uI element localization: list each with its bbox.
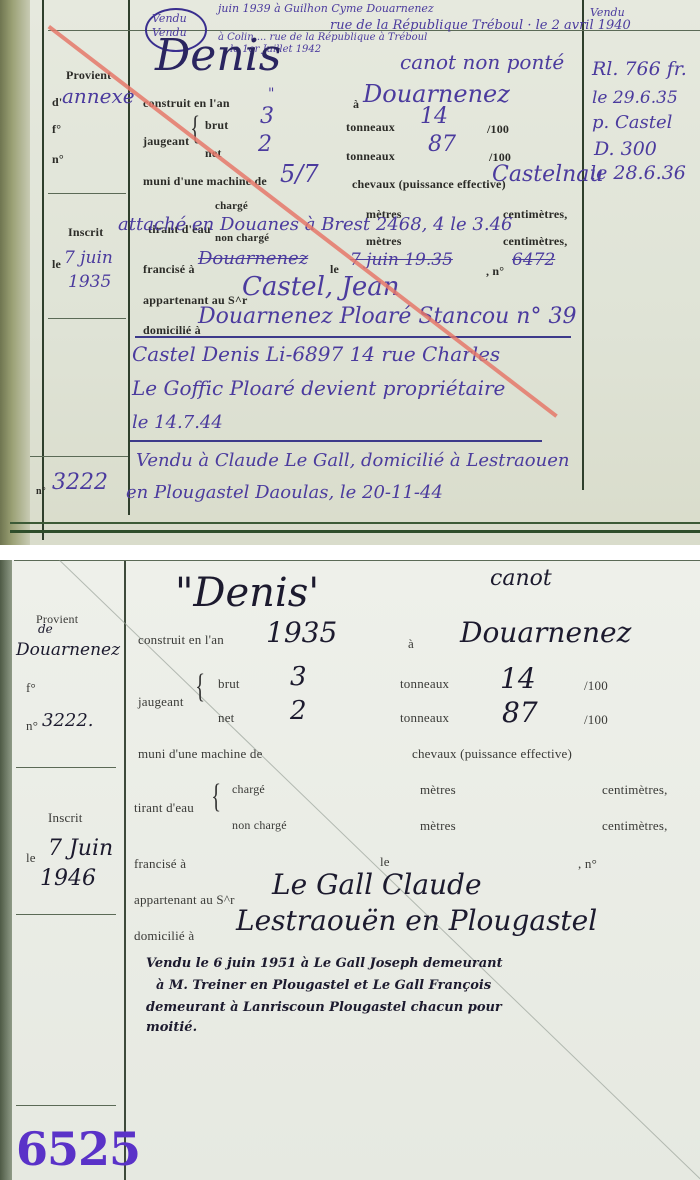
centimetres-label: centimètres, <box>602 818 668 834</box>
section-rule <box>130 440 542 442</box>
machine-maker: Castelnau <box>492 162 604 187</box>
registry-sheet-top: Vendu Vendu juin 1939 à Guilhon Cyme Dou… <box>0 0 700 545</box>
provient-value: Douarnenez <box>16 640 120 660</box>
margin-header-note: Vendu <box>590 6 625 19</box>
brut-value: 3 <box>260 104 274 129</box>
machine-label: muni d'une machine de <box>138 746 263 762</box>
sale-note-line: Vendu à Claude Le Gall, domicilié à Lest… <box>136 450 569 471</box>
section-rule <box>135 336 571 338</box>
inscrit-year: 1935 <box>68 272 111 292</box>
chevaux-label: chevaux (puissance effective) <box>352 177 506 192</box>
inscrit-label: Inscrit <box>68 225 103 240</box>
a-label: à <box>408 636 414 652</box>
folio-label: f° <box>26 680 36 696</box>
jaugeant-label: jaugeant <box>138 694 184 710</box>
number-value: 3222. <box>42 710 94 731</box>
boat-type: canot <box>490 566 552 591</box>
brut-value: 3 <box>290 662 307 692</box>
brut-label: brut <box>218 676 240 692</box>
machine-value: 5/7 <box>280 160 319 188</box>
centimetres-label: centimètres, <box>503 207 567 222</box>
column-divider <box>124 560 126 1180</box>
tonneaux-label: tonneaux <box>400 676 449 692</box>
jaugeant-label: jaugeant <box>143 134 189 149</box>
metres-label: mètres <box>420 782 456 798</box>
chevaux-label: chevaux (puissance effective) <box>412 746 572 762</box>
bottom-number: 3222 <box>52 470 108 495</box>
provient-prefix: d' <box>52 95 62 110</box>
domicile-label: domicilié à <box>134 928 194 944</box>
centimetres-label: centimètres, <box>503 234 567 249</box>
tonneaux-label: tonneaux <box>346 149 395 164</box>
note-line: Castel Denis Li-6897 14 rue Charles <box>132 342 500 366</box>
sale-note-line: en Plougastel Daoulas, le 20-11-44 <box>126 482 443 503</box>
no-label: , n° <box>578 856 597 872</box>
domicile: Douarnenez Ploaré Stancou n° 39 <box>198 304 576 329</box>
boat-name: Denis <box>155 30 281 81</box>
construit-value: 1935 <box>266 616 337 649</box>
margin-divider <box>582 0 584 490</box>
bottom-number-label: n° <box>36 486 46 497</box>
row-rule <box>30 456 128 457</box>
francise-label: francisé à <box>143 262 195 277</box>
inscrit-label: Inscrit <box>48 810 83 826</box>
brut-tonneaux-value: 14 <box>420 104 448 129</box>
brut-tonneaux-value: 14 <box>500 662 536 695</box>
metres-label: mètres <box>420 818 456 834</box>
column-divider <box>128 0 130 515</box>
row-rule <box>48 318 126 319</box>
note-line: moitié. <box>146 1020 197 1035</box>
number-label: n° <box>52 152 64 167</box>
le-label: le <box>52 257 61 272</box>
inscrit-date: 7 juin <box>64 248 113 268</box>
note-line: le 14.7.44 <box>132 412 223 433</box>
tirant-label: tirant d'eau <box>134 800 194 816</box>
brut-label: brut <box>205 118 228 133</box>
charge-label: chargé <box>215 200 248 212</box>
per100-label: /100 <box>584 678 608 694</box>
net-tonneaux-value: 87 <box>428 132 456 157</box>
le-label: le <box>26 850 36 866</box>
note-line: demeurant à Lanriscoun Plougastel chacun… <box>146 1000 502 1015</box>
brace: { <box>195 670 205 704</box>
net-value: 2 <box>258 132 272 157</box>
row-rule <box>16 767 116 768</box>
construit-place: Douarnenez <box>460 616 631 649</box>
inscrit-year: 1946 <box>40 866 96 891</box>
page-edge <box>0 0 30 545</box>
row-rule <box>16 914 116 915</box>
boat-type: canot non ponté <box>400 50 564 74</box>
centimetres-label: centimètres, <box>602 782 668 798</box>
tonneaux-label: tonneaux <box>400 710 449 726</box>
francise-number: 6472 <box>512 250 555 270</box>
registry-sheet-bottom: "Denis' canot Provient de Douarnenez f° … <box>0 560 700 1180</box>
non-charge-label: non chargé <box>232 818 287 833</box>
charge-label: chargé <box>232 782 265 797</box>
metres-label: mètres <box>366 234 402 249</box>
top-rule <box>14 560 700 561</box>
provient-value: annexe <box>62 84 135 108</box>
appartenant-label: appartenant au S^r <box>134 892 235 908</box>
number-label: n° <box>26 718 38 734</box>
row-rule <box>16 1105 116 1106</box>
per100-label: /100 <box>487 122 509 137</box>
brace: { <box>211 780 221 814</box>
inscrit-date: 7 Juin <box>48 836 113 861</box>
margin-note: Rl. 766 fr. <box>592 58 687 80</box>
note-line: Vendu le 6 juin 1951 à Le Gall Joseph de… <box>146 956 503 971</box>
no-label: , n° <box>486 264 504 279</box>
frame-border <box>10 522 700 533</box>
domicile: Lestraouën en Plougastel <box>236 904 597 937</box>
page-edge <box>0 560 12 1180</box>
note-line: à M. Treiner en Plougastel et Le Gall Fr… <box>156 978 491 993</box>
header-annotation: rue de la République Tréboul · le 2 avri… <box>330 18 631 33</box>
owner: Le Gall Claude <box>272 868 482 901</box>
margin-note: p. Castel <box>592 112 672 133</box>
stamp-text: Vendu <box>152 12 187 25</box>
folio-label: f° <box>52 122 61 137</box>
margin-note: D. 300 <box>594 138 657 160</box>
note-line: Le Goffic Ploaré devient propriétaire <box>132 376 505 400</box>
net-tonneaux-value: 87 <box>502 696 538 729</box>
margin-note: le 29.6.35 <box>592 88 678 108</box>
frame-line <box>42 0 44 540</box>
net-value: 2 <box>290 696 307 726</box>
registry-stamp-number: 6525 <box>16 1122 140 1176</box>
francise-place: Douarnenez <box>198 248 308 269</box>
net-label: net <box>218 710 234 726</box>
tonneaux-label: tonneaux <box>346 120 395 135</box>
boat-name: "Denis' <box>175 570 319 616</box>
row-rule <box>48 193 126 194</box>
a-label: à <box>353 97 359 112</box>
construit-value: " <box>268 86 274 102</box>
header-annotation: juin 1939 à Guilhon Cyme Douarnenez <box>218 2 434 15</box>
provient-prefix: de <box>38 622 53 636</box>
francise-label: francisé à <box>134 856 186 872</box>
construit-label: construit en l'an <box>138 632 224 648</box>
per100-label: /100 <box>584 712 608 728</box>
margin-note: le 28.6.36 <box>590 162 686 184</box>
